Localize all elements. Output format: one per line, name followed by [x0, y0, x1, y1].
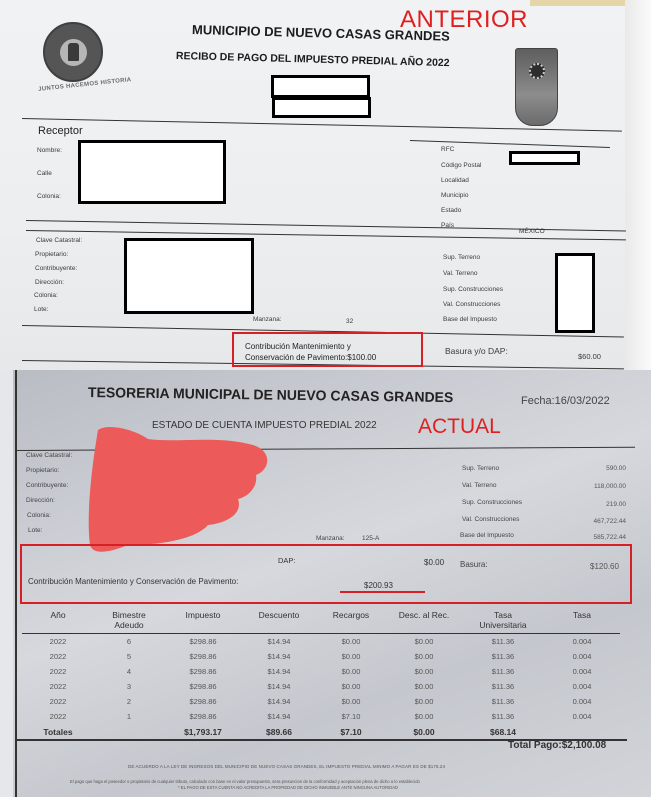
table-cell: $298.86: [164, 694, 242, 709]
label-pavimento: Contribución Mantenimiento y Conservació…: [28, 577, 238, 586]
table-cell: $0.00: [316, 634, 386, 649]
col-tasa: Tasa: [544, 608, 620, 634]
label-val-construcciones: Val. Construcciones: [462, 516, 519, 523]
label-base-impuesto: Base del Impuesto: [460, 532, 514, 539]
col-desc-rec: Desc. al Rec.: [386, 608, 462, 634]
label-calle: Calle: [37, 170, 52, 177]
table-cell: $0.00: [386, 649, 462, 664]
table-cell: [94, 724, 164, 741]
value-dap: $0.00: [424, 558, 444, 567]
totals-row: Totales$1,793.17$89.66$7.10$0.00$68.14: [22, 724, 620, 741]
highlight-box-pavimento: Contribución Mantenimiento y Conservació…: [232, 332, 423, 367]
table-cell: $0.00: [316, 664, 386, 679]
table-cell: [544, 724, 620, 741]
label-lote: Lote:: [28, 527, 42, 534]
redaction-box: [555, 253, 595, 333]
redaction-box: [272, 97, 371, 118]
label-municipio: Municipio: [441, 192, 468, 199]
contribucion-line-1: Contribución Mantenimiento y: [245, 342, 351, 351]
label-dap: DAP:: [278, 556, 296, 565]
table-cell: $298.86: [164, 634, 242, 649]
table-cell: $0.00: [386, 709, 462, 724]
label-colonia: Colonia:: [37, 193, 61, 200]
label-direccion: Dirección:: [35, 279, 64, 286]
table-cell: $298.86: [164, 649, 242, 664]
table-cell: $0.00: [316, 649, 386, 664]
redaction-box: [509, 151, 580, 165]
label-val-terreno: Val. Terreno: [443, 270, 477, 277]
table-cell: $0.00: [316, 694, 386, 709]
table-cell: $11.36: [462, 649, 544, 664]
value-val-terreno: 118,000.00: [560, 483, 626, 490]
value-manzana: 32: [346, 318, 353, 325]
table-cell: $7.10: [316, 724, 386, 741]
actual-title: TESORERIA MUNICIPAL DE NUEVO CASAS GRAND…: [88, 384, 454, 405]
contribucion-line-2: Conservación de Pavimento:$100.00: [245, 353, 376, 362]
table-cell: 2022: [22, 634, 94, 649]
table-cell: 2022: [22, 679, 94, 694]
label-clave-catastral: Clave Catastral:: [26, 452, 72, 459]
label-manzana: Manzana:: [316, 535, 345, 542]
table-cell: $11.36: [462, 709, 544, 724]
label-basura: Basura:: [460, 560, 488, 569]
table-cell: 0.004: [544, 664, 620, 679]
col-impuesto: Impuesto: [164, 608, 242, 634]
table-cell: 5: [94, 649, 164, 664]
debt-table: Año Bimestre Adeudo Impuesto Descuento R…: [22, 608, 620, 741]
label-propietario: Propietario:: [26, 467, 59, 474]
label-sup-terreno: Sup. Terreno: [443, 254, 480, 261]
anterior-receipt: JUNTOS HACEMOS HISTORIA ANTERIOR MUNICIP…: [0, 0, 651, 370]
table-cell: 0.004: [544, 634, 620, 649]
table-cell: 0.004: [544, 694, 620, 709]
table-cell: $11.36: [462, 634, 544, 649]
statement-date: Fecha:16/03/2022: [521, 395, 610, 407]
label-manzana: Manzana:: [253, 316, 282, 323]
label-sup-construcciones: Sup. Construcciones: [462, 499, 522, 506]
label-estado: Estado: [441, 207, 461, 214]
table-cell: $14.94: [242, 664, 316, 679]
table-cell: $14.94: [242, 649, 316, 664]
value-sup-construcciones: 219.00: [560, 501, 626, 508]
table-cell: $11.36: [462, 694, 544, 709]
label-nombre: Nombre:: [37, 147, 62, 154]
table-cell: $0.00: [386, 724, 462, 741]
table-cell: $68.14: [462, 724, 544, 741]
col-bimestre: Bimestre Adeudo: [94, 608, 164, 634]
label-localidad: Localidad: [441, 177, 469, 184]
party-logo-icon: [43, 22, 103, 82]
legal-note-property: * EL PAGO DE ESTA CUENTA NO ACREDITA LA …: [178, 785, 398, 790]
table-cell: $89.66: [242, 724, 316, 741]
table-cell: Totales: [22, 724, 94, 741]
label-contribuyente: Contribuyente:: [26, 482, 68, 489]
table-cell: 0.004: [544, 679, 620, 694]
table-cell: 0.004: [544, 709, 620, 724]
table-cell: 4: [94, 664, 164, 679]
table-cell: 6: [94, 634, 164, 649]
table-cell: $1,793.17: [164, 724, 242, 741]
redaction-scribble: [88, 425, 273, 563]
label-colonia: Colonia:: [34, 292, 58, 299]
table-cell: $14.94: [242, 634, 316, 649]
paper-edge: [0, 370, 13, 797]
label-codigo-postal: Código Postal: [441, 162, 481, 169]
table-cell: $0.00: [386, 679, 462, 694]
table-cell: $0.00: [386, 634, 462, 649]
col-recargos: Recargos: [316, 608, 386, 634]
table-row: 20224$298.86$14.94$0.00$0.00$11.360.004: [22, 664, 620, 679]
table-row: 20225$298.86$14.94$0.00$0.00$11.360.004: [22, 649, 620, 664]
label-propietario: Propietario:: [35, 251, 68, 258]
table-row: 20222$298.86$14.94$0.00$0.00$11.360.004: [22, 694, 620, 709]
label-sup-terreno: Sup. Terreno: [462, 465, 499, 472]
table-cell: $298.86: [164, 679, 242, 694]
table-cell: 1: [94, 709, 164, 724]
table-row: 20223$298.86$14.94$0.00$0.00$11.360.004: [22, 679, 620, 694]
label-contribuyente: Contribuyente:: [35, 265, 77, 272]
value-basura: $120.60: [590, 562, 619, 571]
label-val-terreno: Val. Terreno: [462, 482, 496, 489]
table-cell: 2022: [22, 649, 94, 664]
label-sup-construcciones: Sup. Construcciones: [443, 286, 503, 293]
table-cell: $298.86: [164, 664, 242, 679]
paper-edge: [625, 0, 651, 370]
divider: [26, 220, 626, 231]
value-val-construcciones: 467,722.44: [560, 518, 626, 525]
table-cell: $14.94: [242, 709, 316, 724]
legal-note-payment: El pago que haga el poseedor o propietar…: [70, 779, 420, 784]
table-cell: 2: [94, 694, 164, 709]
value-base-impuesto: 585,722.44: [560, 534, 626, 541]
label-clave-catastral: Clave Catastral:: [36, 237, 82, 244]
label-lote: Lote:: [34, 306, 48, 313]
value-pavimento: $200.93: [364, 581, 393, 590]
table-cell: $11.36: [462, 679, 544, 694]
redaction-box: [271, 75, 370, 98]
table-cell: 3: [94, 679, 164, 694]
value-manzana: 125-A: [362, 535, 379, 542]
actual-stamp: ACTUAL: [418, 415, 501, 439]
table-cell: $14.94: [242, 679, 316, 694]
table-cell: $0.00: [386, 664, 462, 679]
table-cell: $11.36: [462, 664, 544, 679]
table-cell: 0.004: [544, 649, 620, 664]
redaction-box: [78, 140, 226, 204]
label-base-impuesto: Base del Impuesto: [443, 316, 497, 323]
label-colonia: Colonia:: [27, 512, 51, 519]
receptor-heading: Receptor: [38, 125, 83, 137]
value-sup-terreno: 590.00: [560, 465, 626, 472]
table-cell: $0.00: [386, 694, 462, 709]
col-tasa-universitaria: Tasa Universitaria: [462, 608, 544, 634]
redaction-box: [124, 238, 254, 314]
table-row: 20221$298.86$14.94$7.10$0.00$11.360.004: [22, 709, 620, 724]
divider: [410, 140, 610, 148]
value-basura-dap: $60.00: [578, 352, 601, 361]
label-basura-dap: Basura y/o DAP:: [445, 346, 508, 356]
table-cell: $14.94: [242, 694, 316, 709]
legal-note-minimum: DE ACUERDO A LA LEY DE INGRESOS DEL MUNI…: [128, 764, 445, 769]
table-header-row: Año Bimestre Adeudo Impuesto Descuento R…: [22, 608, 620, 634]
highlight-box-cargos: [20, 544, 632, 604]
border-left: [15, 370, 17, 797]
municipal-coat-of-arms-icon: [515, 48, 558, 126]
total-pago: Total Pago:$2,100.08: [508, 740, 606, 751]
anterior-subtitle: RECIBO DE PAGO DEL IMPUESTO PREDIAL AÑO …: [176, 50, 450, 69]
highlight-underline: [340, 591, 425, 593]
table-cell: 2022: [22, 694, 94, 709]
label-direccion: Dirección:: [26, 497, 55, 504]
table-row: 20226$298.86$14.94$0.00$0.00$11.360.004: [22, 634, 620, 649]
table-cell: $7.10: [316, 709, 386, 724]
col-descuento: Descuento: [242, 608, 316, 634]
table-cell: $298.86: [164, 709, 242, 724]
table-cell: 2022: [22, 709, 94, 724]
col-anio: Año: [22, 608, 94, 634]
table-cell: $0.00: [316, 679, 386, 694]
label-rfc: RFC: [441, 146, 454, 153]
table-cell: 2022: [22, 664, 94, 679]
label-val-construcciones: Val. Construcciones: [443, 301, 500, 308]
